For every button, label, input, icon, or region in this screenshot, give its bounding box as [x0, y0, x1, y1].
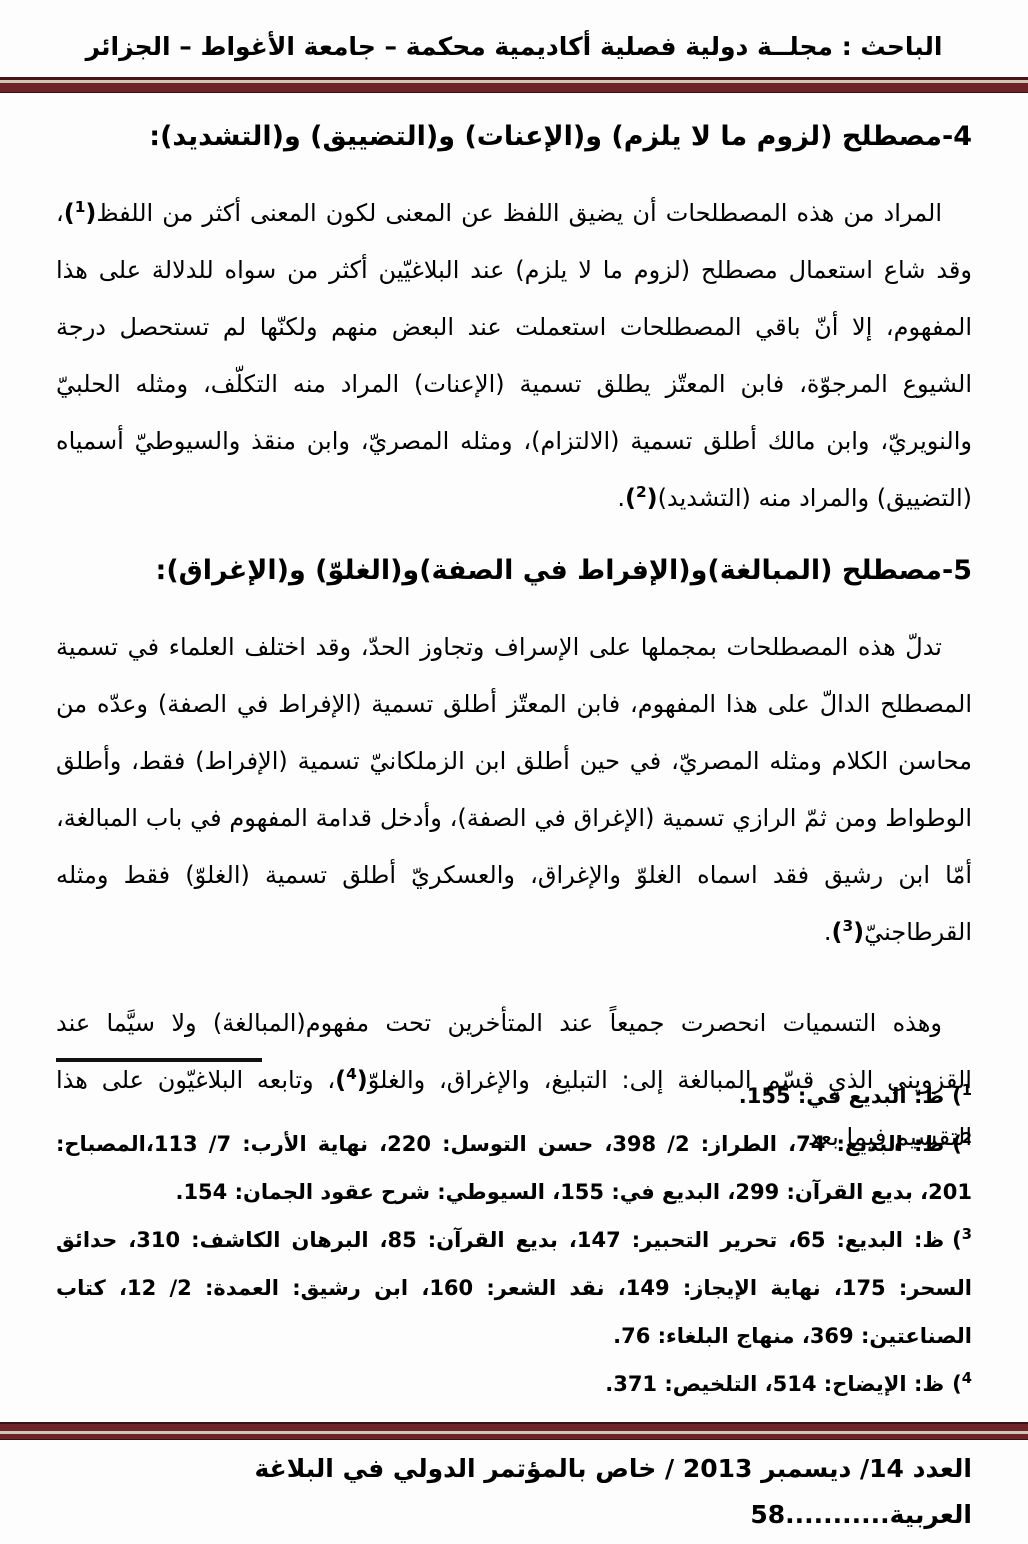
- issue-and-page-number: العدد 14/ ديسمبر 2013 / خاص بالمؤتمر الد…: [0, 1440, 1028, 1538]
- body-paragraph: تدلّ هذه المصطلحات بمجملها على الإسراف و…: [56, 619, 972, 961]
- footnotes-section: (1ظ: البديع في: 155. (2ظ: البديع: 74، ال…: [56, 1058, 972, 1408]
- footnote-separator-rule: [56, 1058, 262, 1062]
- footnote-ref: (2): [625, 484, 658, 512]
- section-4-heading: 4-مصطلح (لزوم ما لا يلزم) و(الإعنات) و(ا…: [56, 115, 972, 159]
- article-body: 4-مصطلح (لزوم ما لا يلزم) و(الإعنات) و(ا…: [0, 115, 1028, 1166]
- footer-divider-maroon-band: [0, 1424, 1028, 1431]
- footnote-number: 4: [962, 1370, 972, 1387]
- footnote-marker: (3: [952, 1228, 972, 1252]
- footnote-marker: (2: [952, 1132, 972, 1156]
- document-page: الباحث : مجلــة دولية فصلية أكاديمية محك…: [0, 0, 1028, 1544]
- page-header: الباحث : مجلــة دولية فصلية أكاديمية محك…: [0, 0, 1028, 93]
- header-divider-bottom-band: [0, 83, 1028, 93]
- footnote-marker: (4: [952, 1372, 972, 1396]
- page-footer: العدد 14/ ديسمبر 2013 / خاص بالمؤتمر الد…: [0, 1422, 1028, 1538]
- footnote: (1ظ: البديع في: 155.: [56, 1072, 972, 1120]
- footnote: (2ظ: البديع: 74، الطراز: 2/ 398، حسن الت…: [56, 1120, 972, 1216]
- footnote-text: ظ: البديع في: 155.: [739, 1084, 944, 1108]
- footnote-text: ظ: البديع: 65، تحرير التحبير: 147، بديع …: [56, 1228, 972, 1348]
- footnote: (4ظ: الإيضاح: 514، التلخيص: 371.: [56, 1360, 972, 1408]
- footnote-list: (1ظ: البديع في: 155. (2ظ: البديع: 74، ال…: [56, 1072, 972, 1408]
- footnote-text: ظ: الإيضاح: 514، التلخيص: 371.: [605, 1372, 944, 1396]
- journal-title: الباحث : مجلــة دولية فصلية أكاديمية محك…: [0, 0, 1028, 61]
- header-divider: [0, 77, 1028, 93]
- footnote-marker: (1: [952, 1084, 972, 1108]
- footnote-number: 1: [962, 1082, 972, 1099]
- footer-divider: [0, 1422, 1028, 1440]
- footnote-number: 3: [962, 1226, 972, 1243]
- section-5-heading: 5-مصطلح (المبالغة)و(الإفراط في الصفة)و(ا…: [56, 549, 972, 593]
- footnote-ref: (3): [832, 918, 865, 946]
- footnote-ref: (1): [64, 199, 97, 227]
- footnote-text: ظ: البديع: 74، الطراز: 2/ 398، حسن التوس…: [56, 1132, 972, 1204]
- body-paragraph: المراد من هذه المصطلحات أن يضيق اللفظ عن…: [56, 185, 972, 527]
- footnote-number: 2: [962, 1130, 972, 1147]
- footnote: (3ظ: البديع: 65، تحرير التحبير: 147، بدي…: [56, 1216, 972, 1360]
